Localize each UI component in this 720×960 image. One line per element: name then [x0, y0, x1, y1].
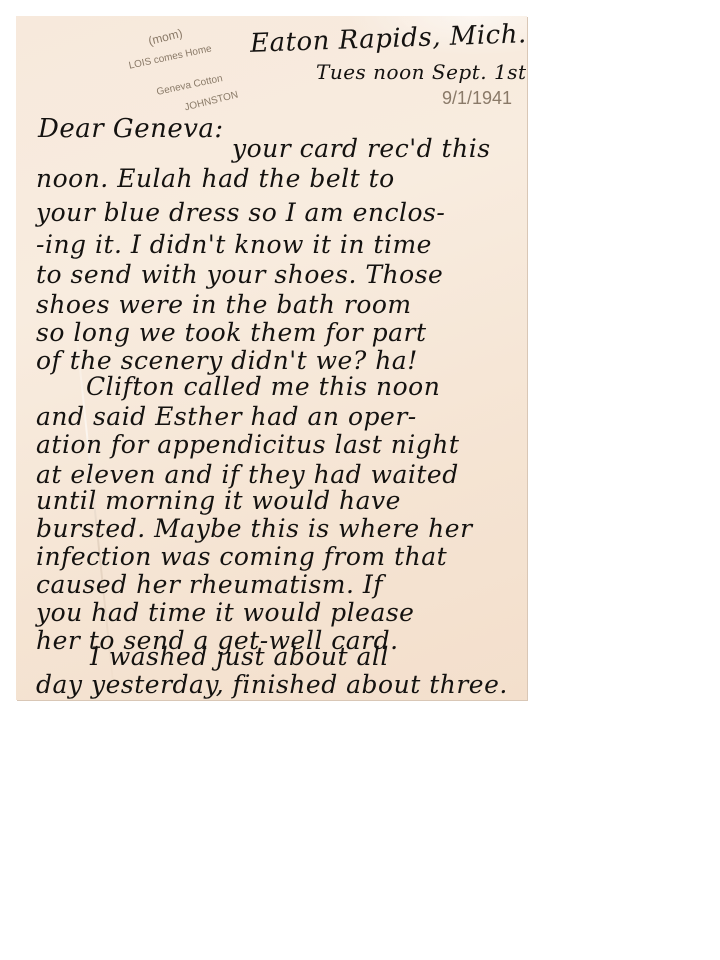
letter-line: so long we took them for part [36, 318, 427, 347]
letter-line: and said Esther had an oper- [36, 402, 417, 431]
letter-salutation: Dear Geneva: [38, 114, 224, 144]
letter-line: day yesterday, finished about three. [36, 670, 508, 699]
letter-line: you had time it would please [36, 598, 414, 627]
letter-line: to send with your shoes. Those [36, 260, 443, 289]
letter-line: bursted. Maybe this is where her [36, 514, 473, 543]
letter-line: until morning it would have [36, 486, 401, 515]
letter-line: -ing it. I didn't know it in time [36, 230, 432, 259]
letter-line: Clifton called me this noon [86, 372, 440, 401]
pencil-note-date: 9/1/1941 [442, 88, 512, 109]
letter-dateline: Tues noon Sept. 1st [316, 60, 527, 84]
page: (mom) LOIS comes Home Geneva Cotton JOHN… [0, 0, 720, 960]
letter-line: caused her rheumatism. If [36, 570, 383, 599]
letter-line: ation for appendicitus last night [36, 430, 459, 459]
letter-line: I washed just about all [90, 642, 389, 671]
letter-line: of the scenery didn't we? ha! [36, 346, 418, 375]
letter-line: your blue dress so I am enclos- [36, 198, 445, 227]
pencil-note-relation: (mom) [147, 26, 184, 48]
letter-sheet: (mom) LOIS comes Home Geneva Cotton JOHN… [16, 16, 527, 700]
letter-line: infection was coming from that [36, 542, 447, 571]
letter-line: shoes were in the bath room [36, 290, 412, 319]
pencil-note-surname: JOHNSTON [183, 90, 239, 114]
letter-line: at eleven and if they had waited [36, 460, 459, 489]
pencil-note-lois: LOIS comes Home [128, 43, 213, 71]
letter-line: noon. Eulah had the belt to [36, 164, 395, 193]
letter-line: your card rec'd this [232, 134, 491, 163]
